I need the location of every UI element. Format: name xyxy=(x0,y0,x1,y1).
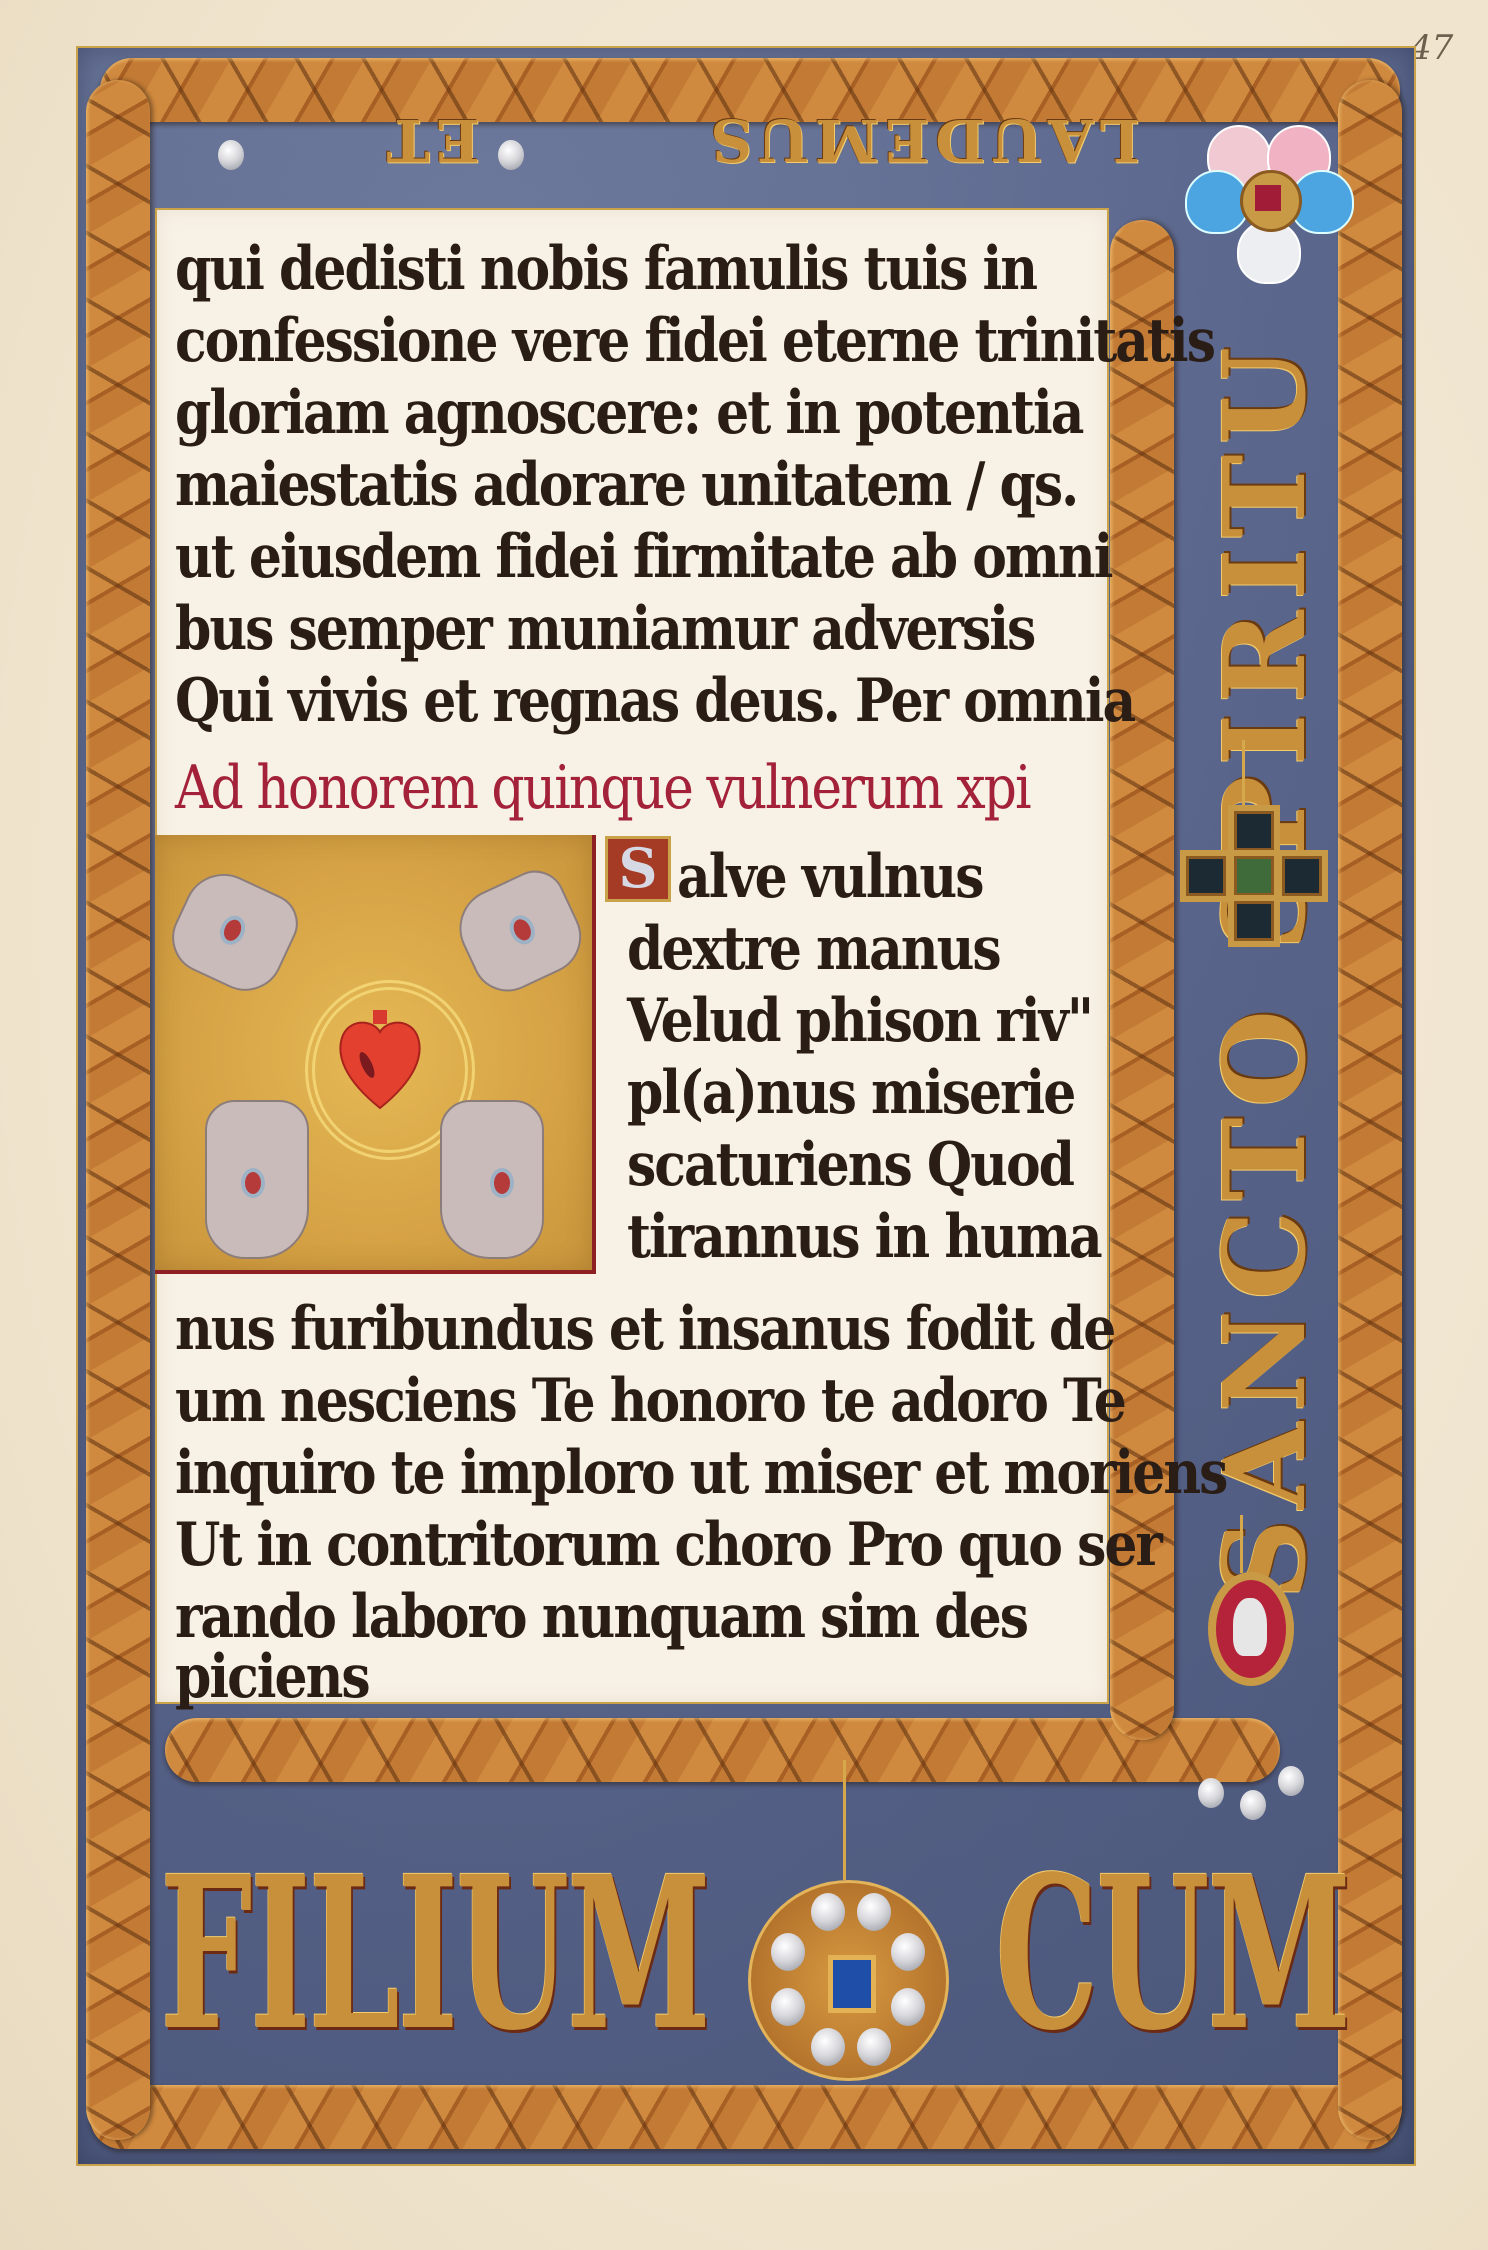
prayer-line: nus furibundus et insanus fodit de xyxy=(175,1294,1114,1364)
bottom-word-cum: CUM xyxy=(995,1830,1349,2077)
pearl-brooch-icon xyxy=(748,1880,949,2081)
illuminated-initial: S xyxy=(605,836,671,902)
vine-bottom xyxy=(90,2085,1400,2149)
virgin-and-child-figure xyxy=(1233,1598,1267,1656)
pendant-cord xyxy=(843,1760,846,1880)
right-inscription: SANCTO SPIRITU xyxy=(1200,300,1320,1600)
pearl-icon xyxy=(218,140,244,170)
top-word-laudemus: LAUDEMUS xyxy=(704,106,1140,174)
prayer-line: alve vulnus xyxy=(677,842,983,912)
pearl-icon xyxy=(498,140,524,170)
left-foot-icon xyxy=(205,1100,309,1259)
text-line: maiestatis adorare unitatem / qs. xyxy=(175,450,1077,520)
vine-left xyxy=(86,80,150,2140)
prayer-line: inquiro te imploro ut miser et moriens xyxy=(175,1438,1226,1508)
prayer-line: Velud phison riv" xyxy=(627,986,1092,1056)
text-line: bus semper muniamur adversis xyxy=(175,594,1034,664)
bottom-word-filium: FILIUM xyxy=(160,1830,709,2077)
sapphire-icon xyxy=(828,1955,876,2013)
jeweled-flower-icon xyxy=(1185,125,1355,295)
vine-bottom-inner xyxy=(165,1718,1280,1782)
text-line: Qui vivis et regnas deus. Per omnia xyxy=(175,666,1134,736)
prayer-line: dextre manus xyxy=(627,914,1000,984)
locket-icon xyxy=(1208,1572,1294,1686)
pendant-cord xyxy=(1240,1515,1243,1573)
prayer-line: um nesciens Te honoro te adoro Te xyxy=(175,1366,1125,1436)
text-line: ut eiusdem fidei firmitate ab omni xyxy=(175,522,1111,592)
pierced-heart-icon xyxy=(335,1010,425,1110)
text-line: gloriam agnoscere: et in potentia xyxy=(175,378,1082,448)
rubric-line: Ad honorem quinque vulnerum xpi xyxy=(175,754,1030,823)
pearl-icon xyxy=(1240,1790,1266,1820)
prayer-line: scaturiens Quod xyxy=(627,1130,1073,1200)
right-hand-icon xyxy=(446,861,593,1003)
top-word-et: ET xyxy=(381,106,480,174)
right-foot-icon xyxy=(440,1100,544,1259)
left-hand-icon xyxy=(160,861,307,1003)
prayer-line: Ut in contritorum choro Pro quo ser xyxy=(175,1510,1161,1580)
pendant-cord xyxy=(1242,740,1245,805)
pearl-icon xyxy=(1198,1778,1224,1808)
prayer-line: pl(a)nus miserie xyxy=(627,1058,1074,1128)
jeweled-cross-icon xyxy=(1180,805,1325,935)
folio-number: 47 xyxy=(1410,28,1453,68)
text-line: confessione vere fidei eterne trinitatis xyxy=(175,306,1214,376)
prayer-line: tirannus in huma xyxy=(627,1202,1101,1272)
top-inscription: LAUDEMUS ET xyxy=(280,100,1140,180)
text-line: qui dedisti nobis famulis tuis in xyxy=(175,234,1036,304)
prayer-line: piciens xyxy=(175,1642,369,1712)
five-wounds-miniature xyxy=(155,835,596,1274)
pearl-icon xyxy=(1278,1766,1304,1796)
